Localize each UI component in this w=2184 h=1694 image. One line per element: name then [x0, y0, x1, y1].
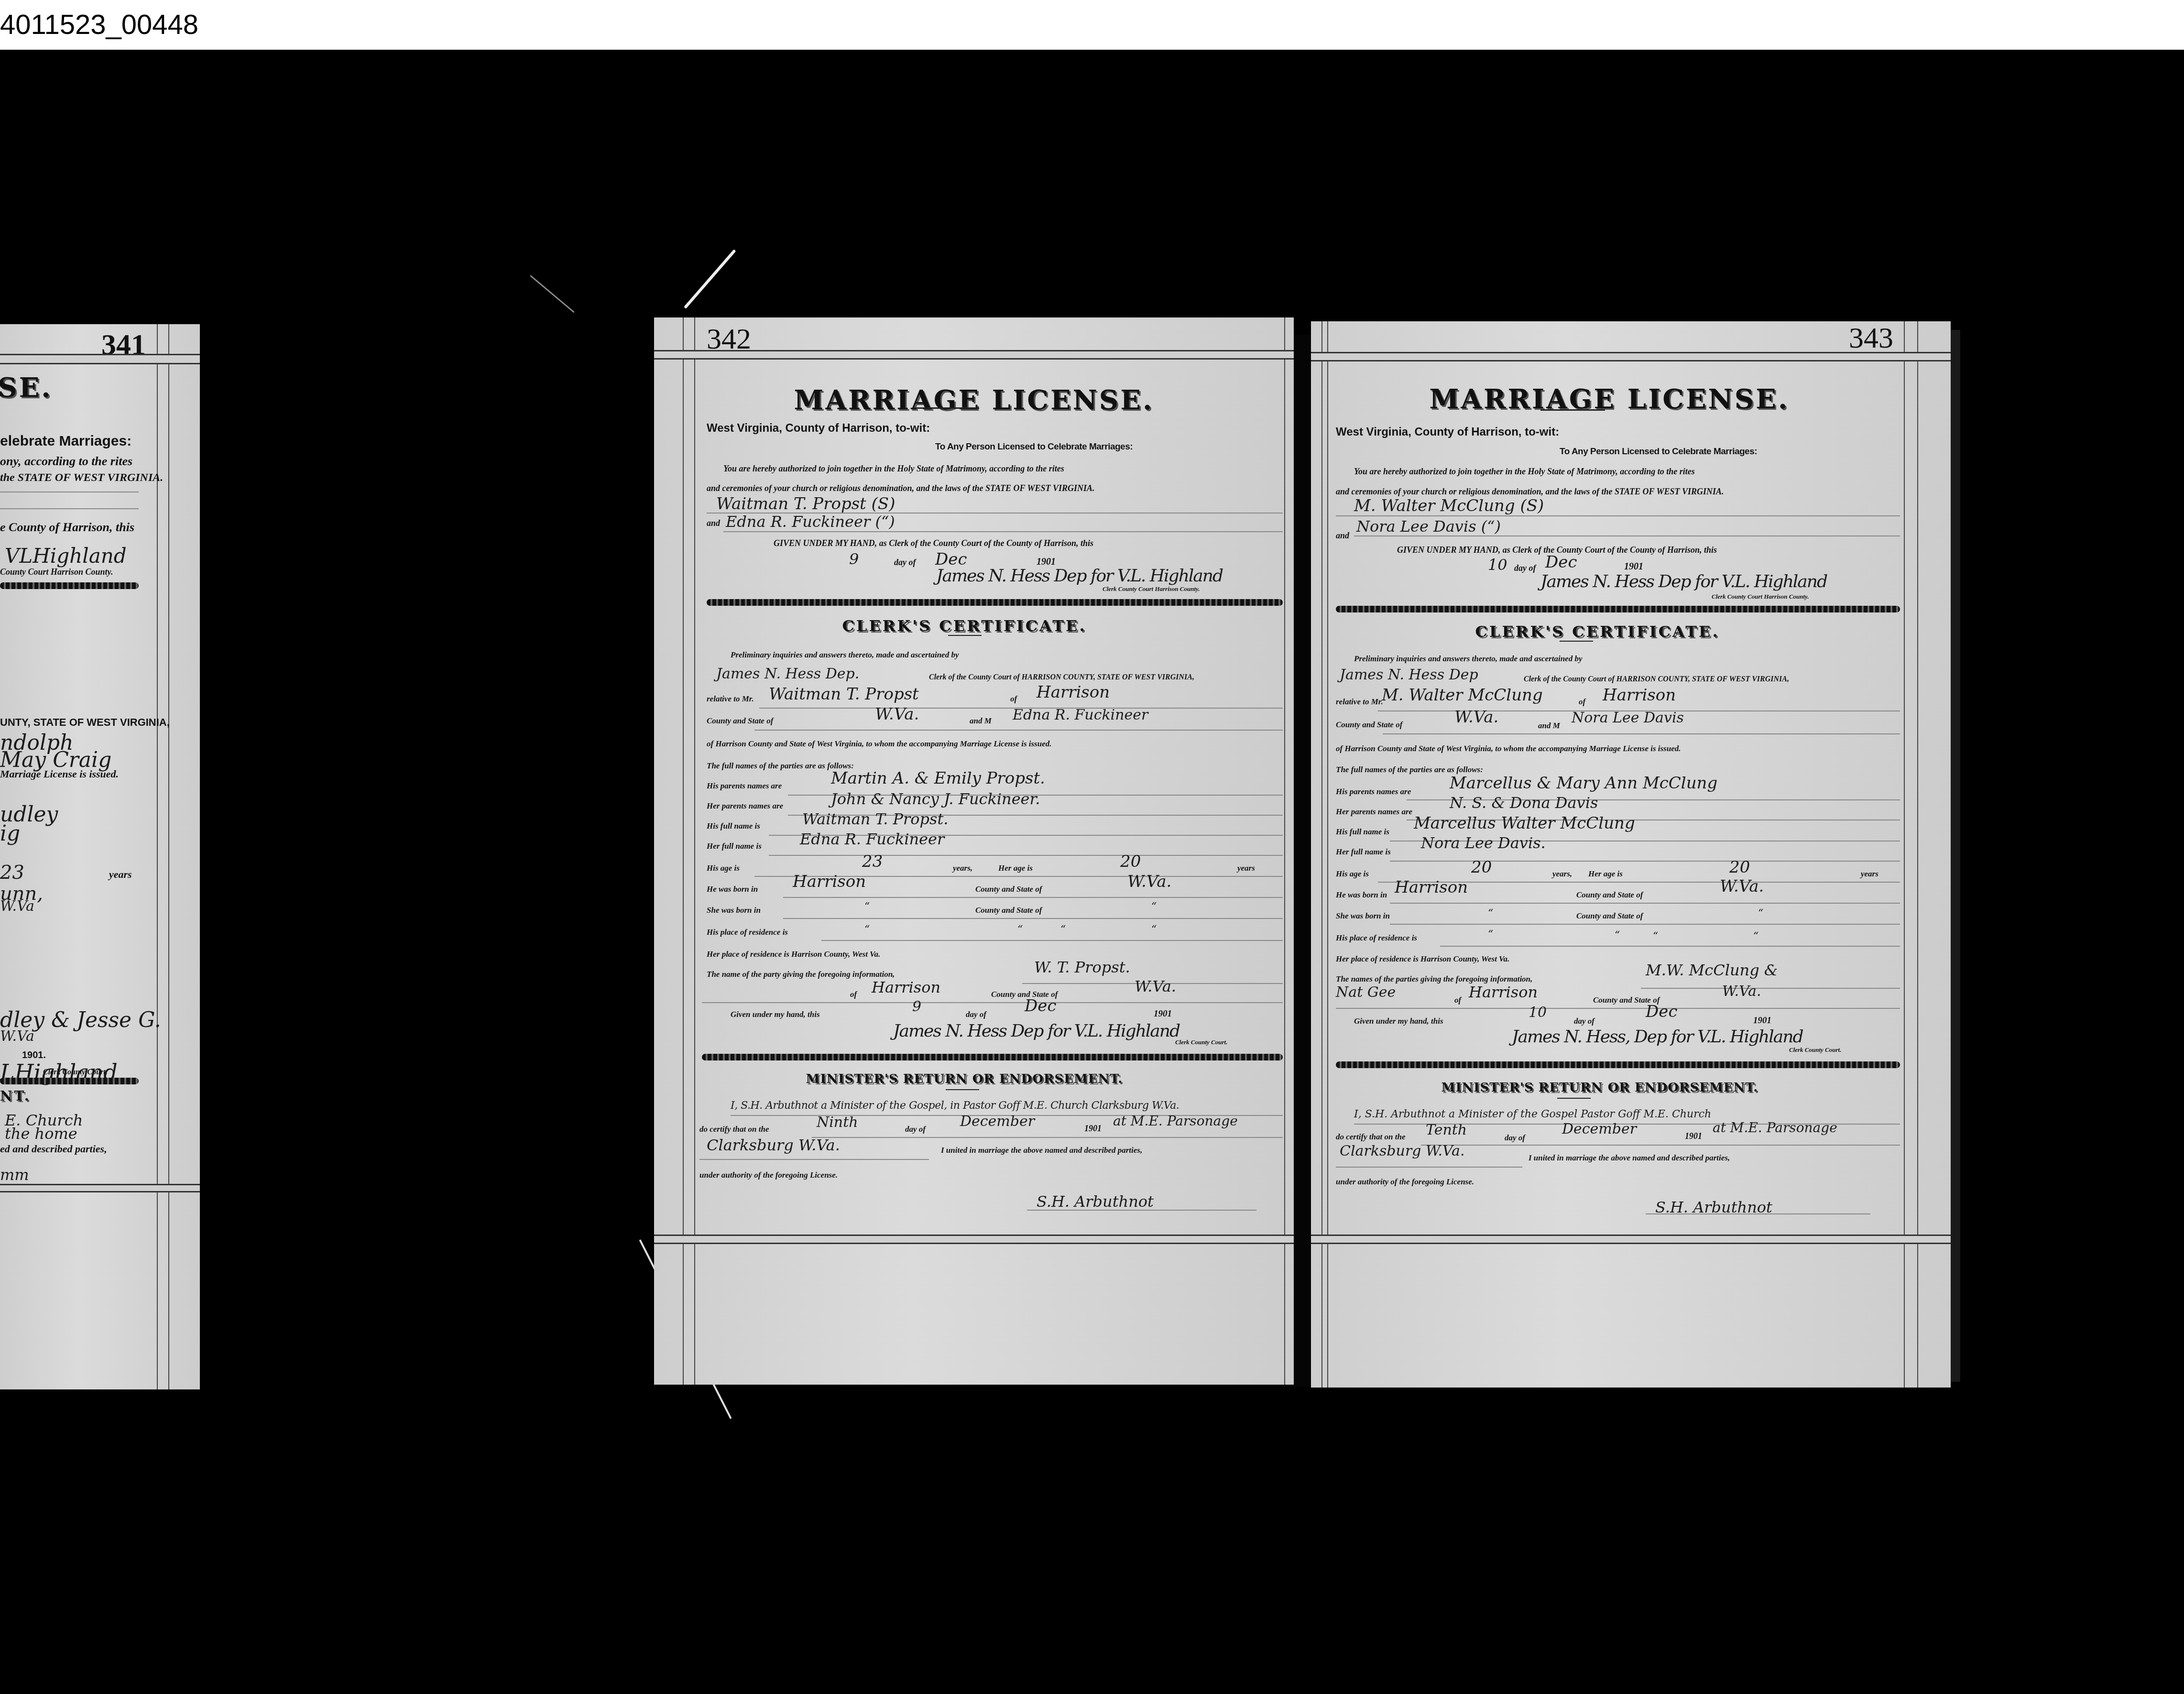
clerk-caption: Clerk County Court Harrison County.	[1712, 593, 1809, 601]
his-residence-label: His place of residence is	[1336, 933, 1417, 943]
clerks-certificate-title: CLERK'S CERTIFICATE.	[635, 617, 1294, 635]
minister-return-title: MINISTER'S RETURN OR ENDORSEMENT.	[635, 1072, 1294, 1086]
page-number: 343	[1849, 321, 1893, 355]
certify-label: do certify that on the	[1336, 1132, 1405, 1142]
prelim-by: James N. Hess Dep.	[716, 666, 859, 682]
her-full-label: Her full name is	[1336, 847, 1391, 857]
clerk-caption-2: Clerk County Court.	[1789, 1046, 1841, 1054]
united-line: I united in marriage the above named and…	[1529, 1153, 1730, 1163]
her-residence-line: Her place of residence is Harrison Count…	[1336, 954, 1509, 964]
county-state-label: County and State of	[975, 885, 1042, 894]
his-age-label: His age is	[1336, 869, 1369, 879]
license-year: 1901	[1624, 561, 1643, 572]
his-age-value: 23	[862, 852, 883, 871]
page-342-marriage-license: 342 MARRIAGE LICENSE. West Virginia, Cou…	[654, 317, 1294, 1385]
title-fragment: NT.	[0, 1088, 31, 1104]
his-age-value: 20	[1471, 858, 1492, 877]
day-of-label: day of	[1505, 1133, 1525, 1143]
certify-year: 1901	[1084, 1124, 1102, 1134]
day-of-label: day of	[894, 557, 916, 568]
authorization-line-2: and ceremonies of your church or religio…	[1336, 487, 1724, 497]
text-line: Marriage License is issued.	[0, 768, 119, 780]
handwritten-entry: W.Va	[0, 898, 34, 915]
divider-twist	[702, 1054, 1283, 1060]
certify-at: at M.E. Parsonage	[1113, 1113, 1238, 1129]
authorization-line-1: You are hereby authorized to join togeth…	[723, 464, 1064, 474]
she-born-value: “	[1488, 907, 1493, 919]
county-state-value: W.Va.	[875, 705, 919, 724]
and-m-value: Nora Lee Davis	[1572, 710, 1684, 726]
informant-label: The names of the parties giving the fore…	[1336, 974, 1532, 984]
authorization-line-1: You are hereby authorized to join togeth…	[1354, 467, 1695, 477]
divider-twist	[1336, 1061, 1900, 1068]
years-label: years,	[1552, 869, 1572, 879]
her-parents-label: Her parents names are	[707, 801, 783, 811]
text-line: Clerk County Court.	[43, 1068, 108, 1077]
salutation: To Any Person Licensed to Celebrate Marr…	[935, 442, 1133, 452]
given-day: 9	[912, 998, 921, 1015]
relative-name: M. Walter McClung	[1382, 686, 1543, 705]
ditto-mark: “	[1615, 929, 1620, 941]
his-full-label: His full name is	[1336, 827, 1389, 837]
informant-value: M.W. McClung &	[1646, 961, 1778, 979]
license-day: 10	[1488, 556, 1507, 574]
her-parents-value: N. S. & Dona Davis	[1450, 794, 1598, 812]
her-full-label: Her full name is	[707, 842, 762, 851]
jurisdiction: West Virginia, County of Harrison, to-wi…	[1336, 426, 1559, 439]
salutation: To Any Person Licensed to Celebrate Marr…	[1560, 447, 1757, 457]
informant-value: W. T. Propst.	[1034, 958, 1130, 976]
her-full-value: Edna R. Fuckineer	[800, 830, 944, 848]
ditto-mark: “	[1060, 924, 1066, 936]
clerk-of-line: Clerk of the County Court of HARRISON CO…	[1524, 675, 1789, 684]
minister-signature: S.H. Arbuthnot	[1037, 1192, 1154, 1211]
she-born-state: “	[1758, 907, 1763, 919]
her-full-value: Nora Lee Davis.	[1421, 834, 1546, 852]
his-residence-label: His place of residence is	[707, 928, 788, 937]
license-month: Dec	[1545, 553, 1577, 572]
given-hand-label: Given under my hand, this	[1354, 1016, 1443, 1026]
groom-name: M. Walter McClung (S)	[1354, 496, 1544, 515]
bride-name: Nora Lee Davis (“)	[1356, 517, 1501, 536]
minister-return-title: MINISTER'S RETURN OR ENDORSEMENT.	[1249, 1081, 1951, 1095]
relative-county: Harrison	[1037, 683, 1110, 702]
county-state-label: County and State of	[1576, 911, 1643, 921]
she-born-value: “	[864, 901, 870, 913]
her-parents-value: John & Nancy J. Fuckineer.	[831, 790, 1040, 808]
ditto-mark: “	[864, 924, 870, 936]
years-label: years,	[953, 863, 972, 873]
his-full-value: Waitman T. Propst.	[802, 810, 949, 828]
of-label: of	[1010, 694, 1017, 704]
of-harrison-line: of Harrison County and State of West Vir…	[707, 739, 1052, 749]
he-born-label: He was born in	[1336, 890, 1387, 900]
license-title: MARRIAGE LICENSE.	[1268, 383, 1951, 415]
text-line: ony, according to the rites	[0, 454, 132, 469]
he-born-state: W.Va.	[1720, 877, 1764, 896]
full-names-line: The full names of the parties are as fol…	[1336, 765, 1483, 775]
handwritten-entry: the home	[5, 1125, 77, 1143]
of-label: of	[1579, 697, 1585, 707]
divider-twist	[707, 599, 1283, 606]
ditto-mark: “	[1151, 924, 1157, 936]
certify-year: 1901	[1685, 1131, 1702, 1141]
given-month: Dec	[1025, 996, 1056, 1016]
certify-month: December	[1562, 1121, 1637, 1137]
authority-line: under authority of the foregoing License…	[1336, 1177, 1474, 1187]
text-line: County Court Harrison County.	[0, 567, 113, 577]
certify-day: Tenth	[1426, 1122, 1467, 1138]
informant-state: W.Va.	[1135, 977, 1176, 995]
day-of-label: day of	[1514, 563, 1536, 573]
text-line: the STATE OF WEST VIRGINIA.	[0, 471, 163, 484]
county-state-value: W.Va.	[1454, 708, 1498, 727]
handwritten-entry: 23	[0, 862, 24, 884]
and-m-label: and M	[1538, 721, 1560, 731]
clerk-of-line: Clerk of the County Court of HARRISON CO…	[929, 673, 1194, 682]
ceremony-place: Clarksburg W.Va.	[707, 1136, 840, 1154]
of-harrison-line: of Harrison County and State of West Vir…	[1336, 744, 1681, 754]
his-parents-label: His parents names are	[1336, 787, 1411, 797]
relative-label: relative to Mr.	[707, 694, 754, 704]
informant-county: Harrison	[872, 978, 940, 996]
her-age-value: 20	[1120, 852, 1141, 871]
book-edge-right	[1951, 330, 1960, 1382]
groom-name: Waitman T. Propst (S)	[716, 494, 895, 514]
years-label: years	[1861, 869, 1878, 879]
jurisdiction: West Virginia, County of Harrison, to-wi…	[707, 422, 930, 435]
minister-line-1: I, S.H. Arbuthnot a Minister of the Gosp…	[1354, 1108, 1711, 1120]
title-fragment: NSE.	[0, 372, 53, 404]
he-born-state: W.Va.	[1127, 872, 1171, 891]
her-age-value: 20	[1729, 858, 1750, 877]
his-full-label: His full name is	[707, 821, 760, 831]
image-label: 4011523_00448	[0, 9, 198, 41]
minister-line-1: I, S.H. Arbuthnot a Minister of the Gosp…	[731, 1100, 1179, 1112]
relative-county: Harrison	[1603, 686, 1676, 705]
he-born-value: Harrison	[1395, 878, 1468, 897]
of-label: of	[850, 990, 857, 999]
and-label: and	[707, 518, 720, 528]
handwritten-entry: W.Va	[0, 1028, 34, 1045]
handwritten-signature: VLHighland	[5, 544, 127, 568]
day-of-label: day of	[1574, 1016, 1594, 1026]
he-born-label: He was born in	[707, 885, 758, 894]
ditto-mark: “	[1653, 930, 1658, 942]
she-born-label: She was born in	[707, 906, 761, 915]
his-age-label: His age is	[707, 863, 740, 873]
his-parents-value: Martin A. & Emily Propst.	[831, 769, 1045, 788]
handwritten-entry: ig	[0, 821, 20, 846]
given-under-line: GIVEN UNDER MY HAND, as Clerk of the Cou…	[774, 538, 1093, 548]
of-label: of	[1454, 995, 1461, 1005]
text-line: UNTY, STATE OF WEST VIRGINIA,	[0, 716, 170, 729]
clerk-caption-2: Clerk County Court.	[1175, 1038, 1227, 1046]
certify-at: at M.E. Parsonage	[1713, 1120, 1837, 1136]
bride-name: Edna R. Fuckineer (“)	[726, 513, 895, 531]
day-of-label: day of	[966, 1010, 986, 1019]
his-parents-value: Marcellus & Mary Ann McClung	[1450, 774, 1717, 793]
text-line: ed and described parties,	[0, 1143, 107, 1155]
clerks-certificate-title: CLERK'S CERTIFICATE.	[1244, 623, 1951, 641]
she-born-state: “	[1151, 901, 1157, 913]
license-day: 9	[849, 550, 859, 568]
given-month: Dec	[1646, 1002, 1677, 1021]
relative-name: Waitman T. Propst	[769, 685, 919, 704]
informant-county: Harrison	[1469, 983, 1538, 1001]
her-age-label: Her age is	[1588, 869, 1623, 879]
ditto-mark: “	[1488, 929, 1493, 940]
and-m-value: Edna R. Fuckineer	[1013, 707, 1148, 723]
certify-month: December	[960, 1113, 1035, 1130]
day-of-label: day of	[905, 1125, 926, 1134]
his-full-value: Marcellus Walter McClung	[1414, 814, 1635, 833]
book-gutter	[1294, 335, 1311, 1387]
relative-label: relative to Mr.	[1336, 697, 1383, 707]
image-label-bar: 4011523_00448	[0, 0, 2184, 50]
informant-value-2: Nat Gee	[1336, 984, 1396, 1001]
county-state-label: County and State of	[707, 716, 773, 726]
given-year: 1901	[1753, 1016, 1771, 1026]
and-m-label: and M	[970, 716, 992, 726]
her-age-label: Her age is	[998, 863, 1033, 873]
authority-line: under authority of the foregoing License…	[699, 1170, 838, 1180]
clerk-signature: James N. Hess Dep for V.L. Highland	[1540, 572, 1827, 591]
clerk-signature-2: James N. Hess Dep for V.L. Highland	[893, 1021, 1179, 1041]
authorization-line-2: and ceremonies of your church or religio…	[707, 483, 1095, 493]
clerk-signature-2: James N. Hess, Dep for V.L. Highland	[1512, 1027, 1802, 1047]
years-label: years	[1237, 863, 1255, 873]
text-line: e County of Harrison, this	[0, 520, 134, 535]
page-341-partial: 341 NSE. elebrate Marriages: ony, accord…	[0, 324, 200, 1389]
ditto-mark: “	[1753, 930, 1758, 942]
ditto-mark: “	[1017, 924, 1023, 936]
given-year: 1901	[1154, 1009, 1172, 1019]
her-residence-line: Her place of residence is Harrison Count…	[707, 950, 880, 959]
county-state-label: County and State of	[1336, 720, 1402, 730]
given-day: 10	[1529, 1004, 1547, 1021]
she-born-label: She was born in	[1336, 911, 1390, 921]
license-title: MARRIAGE LICENSE.	[654, 384, 1294, 416]
ceremony-place: Clarksburg W.Va.	[1340, 1143, 1464, 1159]
his-parents-label: His parents names are	[707, 781, 782, 791]
county-state-label: County and State of	[1576, 890, 1643, 900]
and-label: and	[1336, 531, 1349, 541]
county-state-label: County and State of	[975, 906, 1042, 915]
handwritten-entry: mm	[0, 1166, 29, 1184]
certify-label: do certify that on the	[699, 1125, 769, 1134]
clerk-caption: Clerk County Court Harrison County.	[1103, 585, 1200, 593]
divider-twist	[1336, 606, 1900, 612]
text-line: years	[109, 868, 132, 881]
prelim-by: James N. Hess Dep	[1340, 667, 1478, 683]
informant-label: The name of the party giving the foregoi…	[707, 970, 895, 979]
united-line: I united in marriage the above named and…	[941, 1146, 1142, 1155]
her-parents-label: Her parents names are	[1336, 807, 1412, 817]
informant-state: W.Va.	[1722, 983, 1761, 1000]
he-born-value: Harrison	[793, 872, 866, 891]
given-hand-label: Given under my hand, this	[731, 1010, 820, 1019]
preliminary-line: Preliminary inquiries and answers theret…	[1354, 654, 1582, 664]
preliminary-line: Preliminary inquiries and answers theret…	[731, 650, 959, 660]
page-343-marriage-license: 343 MARRIAGE LICENSE. West Virginia, Cou…	[1311, 321, 1951, 1388]
clerk-signature: James N. Hess Dep for V.L. Highland	[936, 566, 1223, 586]
text-line: elebrate Marriages:	[0, 433, 131, 449]
certify-day: Ninth	[817, 1114, 858, 1131]
